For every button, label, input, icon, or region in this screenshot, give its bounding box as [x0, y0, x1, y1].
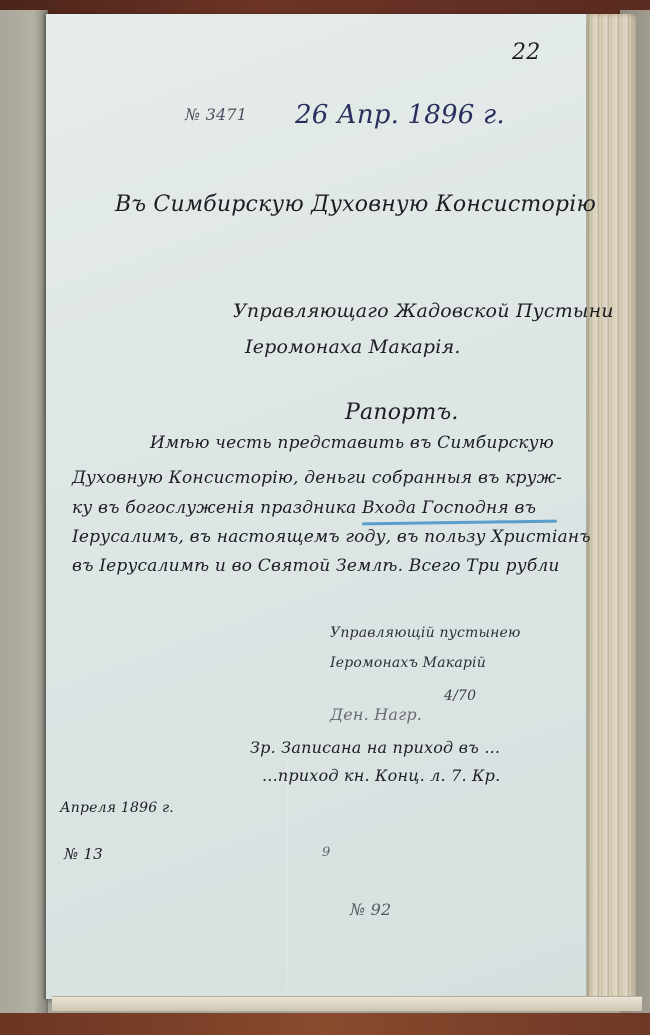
body-line-5: въ Іерусалимѣ и во Святой Землѣ. Всего Т…: [72, 556, 560, 576]
binding-top-edge: [0, 0, 650, 14]
page-bottom-edge: [52, 996, 642, 1011]
fold-crease: [286, 760, 287, 990]
body-line-2: Духовную Консисторію, деньги собранныя в…: [72, 468, 562, 488]
signature-line-2: Іеромонахъ Макарій: [330, 655, 486, 671]
margin-date: Апреля 1896 г.: [60, 800, 174, 816]
resolution-line-2: ...приход кн. Конц. л. 7. Кр.: [262, 766, 500, 785]
margin-number: № 13: [64, 845, 103, 863]
bottom-signature: № 92: [350, 900, 391, 919]
sender-line-2: Іеромонаха Макарія.: [245, 336, 461, 358]
registration-number: № 3471: [185, 105, 247, 124]
fraction-note: 4/70: [444, 688, 476, 704]
folio-number: 22: [512, 40, 540, 65]
archive-photo: 22 № 3471 26 Апр. 1896 г. Въ Симбирскую …: [0, 0, 650, 1035]
sender-line-1: Управляющаго Жадовской Пустыни: [233, 300, 614, 322]
registration-date: 26 Апр. 1896 г.: [295, 100, 505, 130]
address-line: Въ Симбирскую Духовную Консисторію: [115, 192, 596, 217]
resolution-line-1: Зр. Записана на приход въ ...: [250, 738, 500, 757]
small-mark: 9: [322, 845, 330, 860]
signature-line-1: Управляющій пустынею: [330, 625, 521, 641]
facing-page: [0, 10, 48, 1020]
body-line-3: ку въ богослуженія праздника Входа Госпо…: [72, 498, 536, 518]
binding-bottom-edge: [0, 1013, 650, 1035]
body-line-4: Іерусалимъ, въ настоящемъ году, въ польз…: [72, 527, 591, 547]
body-line-1: Имѣю честь представить въ Симбирскую: [150, 433, 554, 453]
document-title: Рапортъ.: [345, 400, 459, 425]
pencil-note: Ден. Нагр.: [330, 705, 422, 724]
